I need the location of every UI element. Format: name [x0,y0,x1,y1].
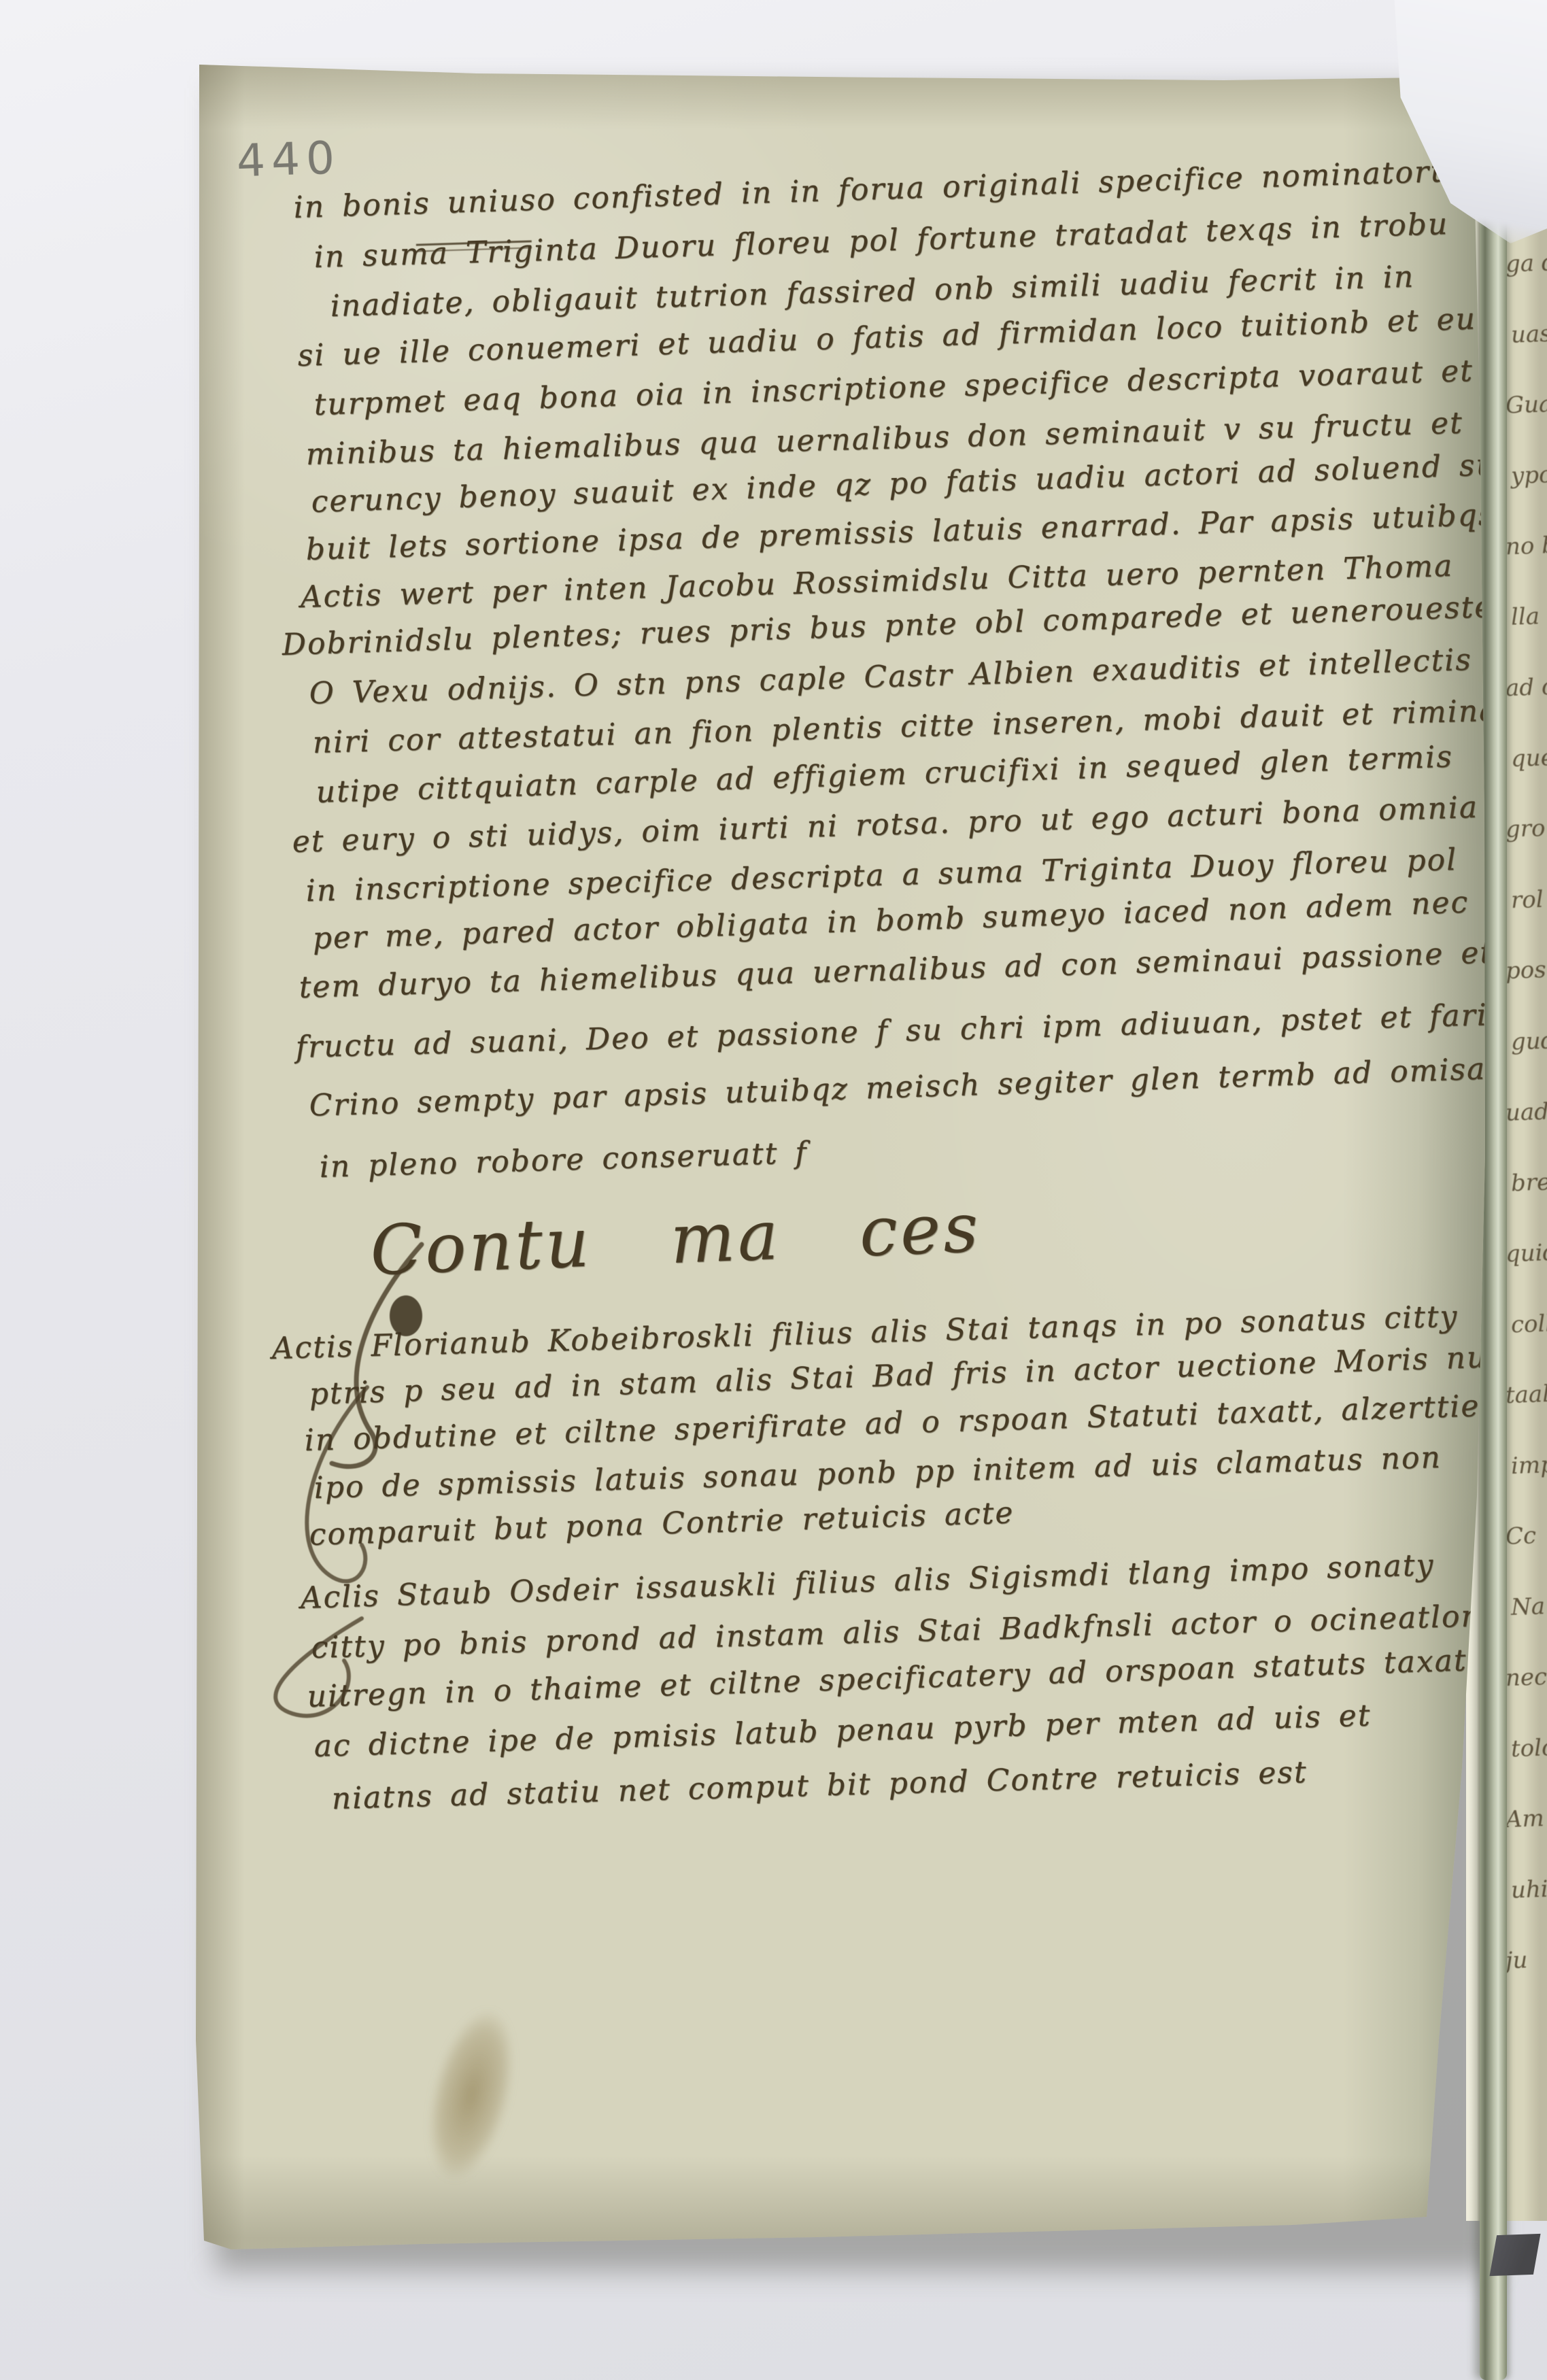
clamp-block [1489,2234,1540,2276]
facing-text-fragment: no b [1505,534,1547,559]
facing-text-fragment: ypo [1510,463,1547,488]
facing-text-fragment: que [1510,746,1547,770]
facing-text-fragment: gude [1510,1029,1547,1054]
facing-text-fragment: uassa [1510,321,1547,346]
facing-text-fragment: nec [1505,1665,1547,1690]
facing-text-fragment: Guat [1505,392,1547,418]
facing-text-fragment: quid [1505,1241,1547,1266]
manuscript-line: comparuit but pona Contrie retuicis acte [309,1496,1015,1552]
facing-text-fragment: imp [1510,1453,1547,1478]
facing-text-fragment: Na [1510,1595,1545,1619]
facing-text-fragment: gro [1505,817,1546,841]
facing-text-fragment: Am [1505,1807,1544,1831]
facing-text-fragment: pos [1505,958,1546,983]
facing-text-fragment: ju [1505,1948,1528,1972]
facing-text-fragment: rol a [1510,887,1547,913]
manuscript-line: Crino sempty par apsis utuibqz meisch se… [309,1053,1486,1124]
facing-text-fragment: lla [1510,605,1540,628]
manuscript-text: Contu ma ces in bonis uniuso confisted i… [0,0,1547,2380]
manuscript-page: 440 Contu ma ces in bonis uniuso confist… [0,0,1547,2380]
manuscript-scan: ga deuassaGuatypono bllaad oquegrorol ap… [0,0,1547,2380]
facing-text-fragment: breu [1510,1170,1547,1195]
facing-text-fragment: Cc [1505,1524,1536,1548]
facing-text-fragment: uadbe [1505,1099,1547,1125]
facing-text-fragment: ga de [1505,250,1547,275]
facing-text-fragment: tolo [1510,1736,1547,1761]
manuscript-line: niatns ad statiu net comput bit pond Con… [331,1756,1308,1817]
facing-text-fragment: taal [1505,1382,1547,1407]
facing-text-fragment: uhi [1510,1877,1547,1902]
facing-text-fragment: colle [1510,1312,1547,1337]
manuscript-line: in pleno robore conseruatt f [319,1136,808,1185]
manuscript-line: fructu ad suani, Deo et passione f su ch… [295,998,1520,1066]
facing-text-fragment: ad o [1505,675,1547,700]
section-heading: Contu ma ces [369,1194,982,1285]
